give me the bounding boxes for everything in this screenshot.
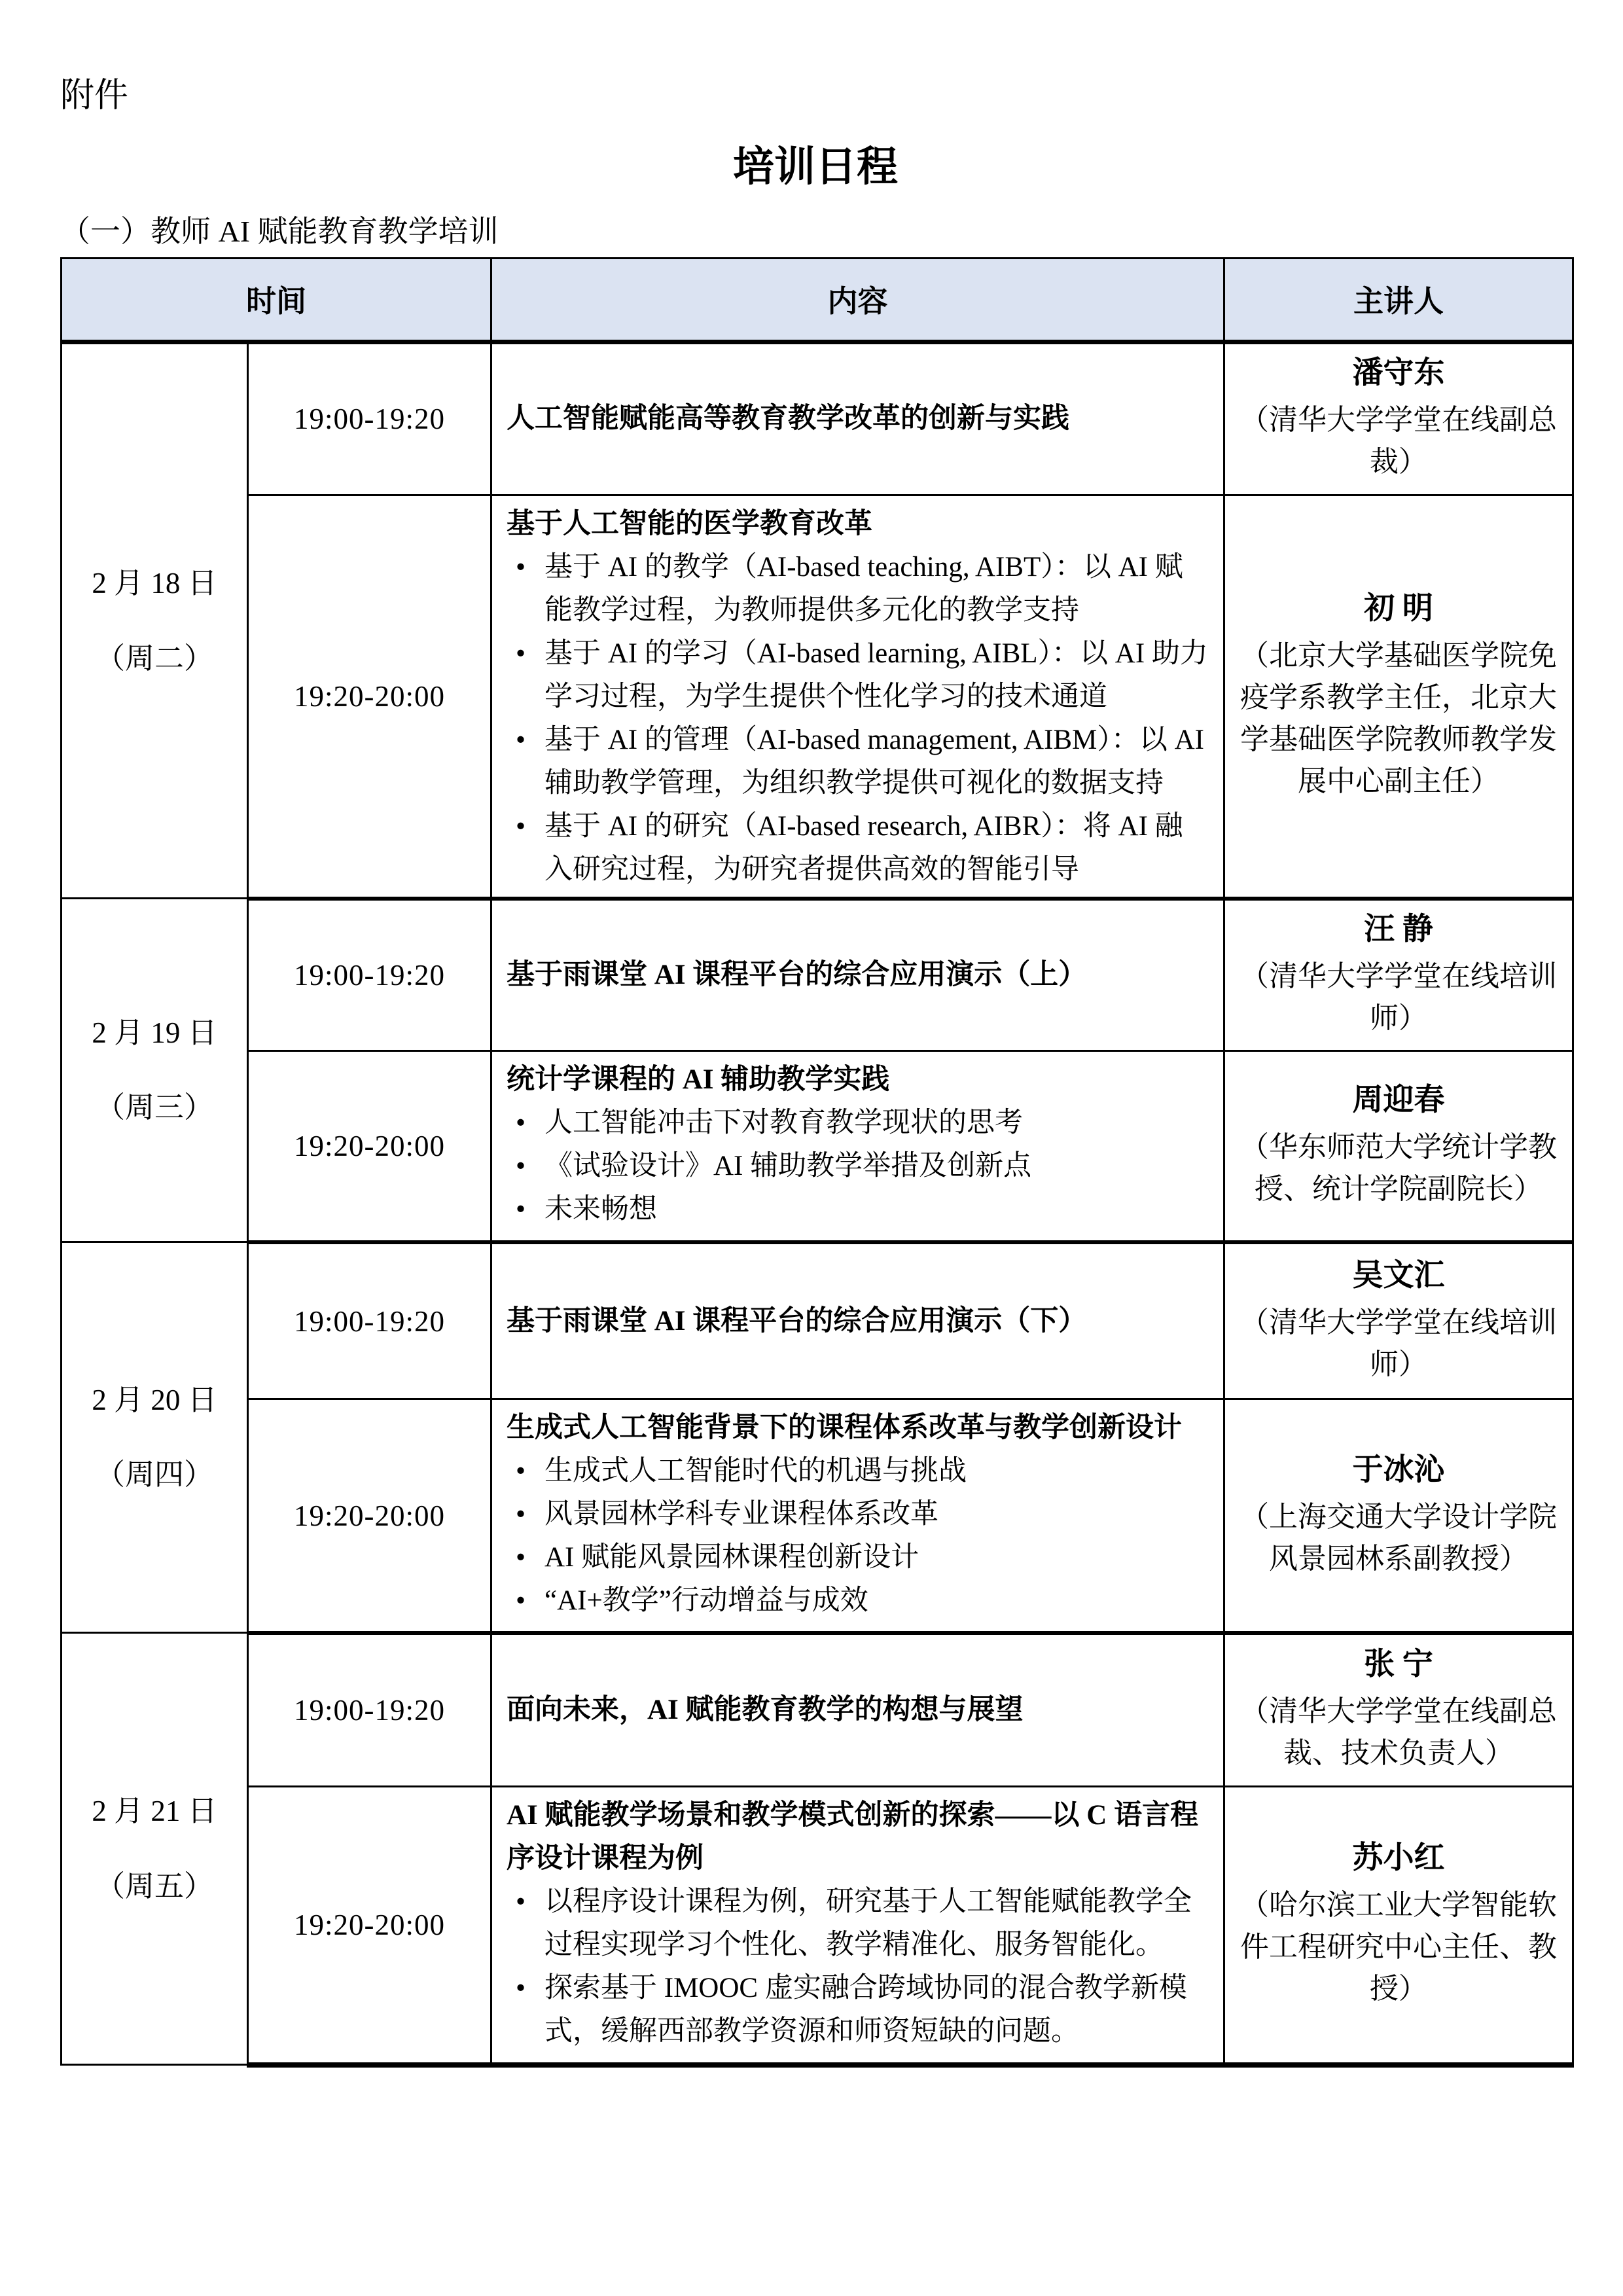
speaker-name: 于冰沁 (1236, 1452, 1561, 1488)
bullet-item: 基于 AI 的学习（AI-based learning, AIBL）：以 AI … (507, 632, 1209, 719)
session-title: 基于雨课堂 AI 课程平台的综合应用演示（上） (507, 954, 1209, 997)
bullet-item: AI 赋能风景园林课程创新设计 (507, 1536, 1209, 1579)
bullet-item: 基于 AI 的教学（AI-based teaching, AIBT）：以 AI … (507, 546, 1209, 632)
speaker-affiliation: （上海交通大学设计学院风景园林系副教授） (1236, 1496, 1561, 1580)
session-title: 面向未来，AI 赋能教育教学的构想与展望 (507, 1689, 1209, 1732)
content-cell: 统计学课程的 AI 辅助教学实践 人工智能冲击下对教育教学现状的思考《试验设计》… (491, 1051, 1224, 1242)
table-row: 2 月 21 日 （周五） 19:00-19:20 面向未来，AI 赋能教育教学… (62, 1633, 1573, 1787)
speaker-affiliation: （清华大学学堂在线培训师） (1236, 1302, 1561, 1386)
bullet-list: 人工智能冲击下对教育教学现状的思考《试验设计》AI 辅助教学举措及创新点未来畅想 (507, 1102, 1209, 1231)
session-title: 统计学课程的 AI 辅助教学实践 (507, 1058, 1209, 1102)
table-header-row: 时间 内容 主讲人 (62, 258, 1573, 342)
time-cell: 19:00-19:20 (248, 342, 491, 495)
time-cell: 19:00-19:20 (248, 1633, 491, 1787)
speaker-affiliation: （北京大学基础医学院免疫学系教学主任，北京大学基础医学院教师教学发展中心副主任） (1236, 635, 1561, 802)
bullet-list: 以程序设计课程为例，研究基于人工智能赋能教学全过程实现学习个性化、教学精准化、服… (507, 1880, 1209, 2053)
date-cell: 2 月 20 日 （周四） (62, 1242, 248, 1633)
speaker-affiliation: （清华大学学堂在线副总裁、技术负责人） (1236, 1691, 1561, 1774)
speaker-affiliation: （哈尔滨工业大学智能软件工程研究中心主任、教授） (1236, 1884, 1561, 2010)
content-cell: 基于雨课堂 AI 课程平台的综合应用演示（下） (491, 1242, 1224, 1399)
bullet-list: 生成式人工智能时代的机遇与挑战风景园林学科专业课程体系改革AI 赋能风景园林课程… (507, 1450, 1209, 1623)
speaker-cell: 于冰沁 （上海交通大学设计学院风景园林系副教授） (1224, 1399, 1573, 1633)
time-cell: 19:20-20:00 (248, 495, 491, 899)
time-cell: 19:20-20:00 (248, 1787, 491, 2065)
bullet-item: 探索基于 IMOOC 虚实融合跨域协同的混合教学新模式，缓解西部教学资源和师资短… (507, 1967, 1209, 2053)
session-title: 基于雨课堂 AI 课程平台的综合应用演示（下） (507, 1300, 1209, 1343)
content-cell: 面向未来，AI 赋能教育教学的构想与展望 (491, 1633, 1224, 1787)
session-title: AI 赋能教学场景和教学模式创新的探索——以 C 语言程序设计课程为例 (507, 1794, 1209, 1880)
bullet-list: 基于 AI 的教学（AI-based teaching, AIBT）：以 AI … (507, 546, 1209, 891)
attachment-label: 附件 (60, 0, 1571, 115)
date-text: 2 月 20 日 (63, 1380, 246, 1420)
schedule-table: 时间 内容 主讲人 2 月 18 日 （周二） 19:00-19:20 人工智能… (60, 257, 1574, 2068)
date-cell: 2 月 21 日 （周五） (62, 1633, 248, 2065)
content-cell: 基于人工智能的医学教育改革 基于 AI 的教学（AI-based teachin… (491, 495, 1224, 899)
col-header-time: 时间 (62, 258, 491, 342)
table-row: 19:20-20:00 统计学课程的 AI 辅助教学实践 人工智能冲击下对教育教… (62, 1051, 1573, 1242)
speaker-cell: 初 明 （北京大学基础医学院免疫学系教学主任，北京大学基础医学院教师教学发展中心… (1224, 495, 1573, 899)
col-header-content: 内容 (491, 258, 1224, 342)
time-cell: 19:00-19:20 (248, 899, 491, 1051)
table-row: 19:20-20:00 AI 赋能教学场景和教学模式创新的探索——以 C 语言程… (62, 1787, 1573, 2065)
content-cell: 基于雨课堂 AI 课程平台的综合应用演示（上） (491, 899, 1224, 1051)
table-row: 2 月 19 日 （周三） 19:00-19:20 基于雨课堂 AI 课程平台的… (62, 899, 1573, 1051)
bullet-item: 《试验设计》AI 辅助教学举措及创新点 (507, 1145, 1209, 1188)
bullet-item: 人工智能冲击下对教育教学现状的思考 (507, 1102, 1209, 1145)
content-cell: AI 赋能教学场景和教学模式创新的探索——以 C 语言程序设计课程为例 以程序设… (491, 1787, 1224, 2065)
bullet-item: “AI+教学”行动增益与成效 (507, 1579, 1209, 1623)
bullet-item: 基于 AI 的管理（AI-based management, AIBM）：以 A… (507, 719, 1209, 805)
date-cell: 2 月 19 日 （周三） (62, 899, 248, 1242)
bullet-item: 生成式人工智能时代的机遇与挑战 (507, 1450, 1209, 1493)
session-title: 基于人工智能的医学教育改革 (507, 503, 1209, 546)
speaker-name: 张 宁 (1236, 1646, 1561, 1683)
weekday-text: （周四） (63, 1455, 246, 1495)
date-text: 2 月 18 日 (63, 564, 246, 603)
weekday-text: （周二） (63, 639, 246, 679)
bullet-item: 未来畅想 (507, 1188, 1209, 1231)
table-row: 2 月 18 日 （周二） 19:00-19:20 人工智能赋能高等教育教学改革… (62, 342, 1573, 495)
date-text: 2 月 19 日 (63, 1013, 246, 1053)
page-title: 培训日程 (60, 143, 1571, 190)
session-title: 生成式人工智能背景下的课程体系改革与教学创新设计 (507, 1407, 1209, 1450)
content-cell: 人工智能赋能高等教育教学改革的创新与实践 (491, 342, 1224, 495)
speaker-affiliation: （华东师范大学统计学教授、统计学院副院长） (1236, 1126, 1561, 1210)
speaker-cell: 周迎春 （华东师范大学统计学教授、统计学院副院长） (1224, 1051, 1573, 1242)
speaker-cell: 汪 静 （清华大学学堂在线培训师） (1224, 899, 1573, 1051)
time-cell: 19:20-20:00 (248, 1051, 491, 1242)
bullet-item: 基于 AI 的研究（AI-based research, AIBR）：将 AI … (507, 805, 1209, 891)
weekday-text: （周三） (63, 1088, 246, 1128)
col-header-speaker: 主讲人 (1224, 258, 1573, 342)
document-page: 附件 培训日程 （一）教师 AI 赋能教育教学培训 时间 内容 主讲人 2 月 … (0, 0, 1623, 2296)
session-title: 人工智能赋能高等教育教学改革的创新与实践 (507, 397, 1209, 440)
content-cell: 生成式人工智能背景下的课程体系改革与教学创新设计 生成式人工智能时代的机遇与挑战… (491, 1399, 1224, 1633)
time-cell: 19:20-20:00 (248, 1399, 491, 1633)
speaker-name: 苏小红 (1236, 1840, 1561, 1876)
speaker-cell: 潘守东 （清华大学学堂在线副总裁） (1224, 342, 1573, 495)
speaker-cell: 苏小红 （哈尔滨工业大学智能软件工程研究中心主任、教授） (1224, 1787, 1573, 2065)
table-row: 19:20-20:00 基于人工智能的医学教育改革 基于 AI 的教学（AI-b… (62, 495, 1573, 899)
speaker-name: 吴文汇 (1236, 1257, 1561, 1294)
time-cell: 19:00-19:20 (248, 1242, 491, 1399)
bullet-item: 风景园林学科专业课程体系改革 (507, 1493, 1209, 1536)
speaker-cell: 吴文汇 （清华大学学堂在线培训师） (1224, 1242, 1573, 1399)
speaker-name: 周迎春 (1236, 1082, 1561, 1119)
speaker-name: 初 明 (1236, 590, 1561, 627)
table-row: 19:20-20:00 生成式人工智能背景下的课程体系改革与教学创新设计 生成式… (62, 1399, 1573, 1633)
bullet-item: 以程序设计课程为例，研究基于人工智能赋能教学全过程实现学习个性化、教学精准化、服… (507, 1880, 1209, 1967)
speaker-affiliation: （清华大学学堂在线副总裁） (1236, 399, 1561, 483)
section-heading: （一）教师 AI 赋能教育教学培训 (60, 213, 1571, 249)
table-row: 2 月 20 日 （周四） 19:00-19:20 基于雨课堂 AI 课程平台的… (62, 1242, 1573, 1399)
speaker-name: 潘守东 (1236, 355, 1561, 391)
speaker-cell: 张 宁 （清华大学学堂在线副总裁、技术负责人） (1224, 1633, 1573, 1787)
speaker-name: 汪 静 (1236, 911, 1561, 948)
weekday-text: （周五） (63, 1867, 246, 1907)
date-cell: 2 月 18 日 （周二） (62, 342, 248, 899)
date-text: 2 月 21 日 (63, 1791, 246, 1831)
speaker-affiliation: （清华大学学堂在线培训师） (1236, 956, 1561, 1039)
